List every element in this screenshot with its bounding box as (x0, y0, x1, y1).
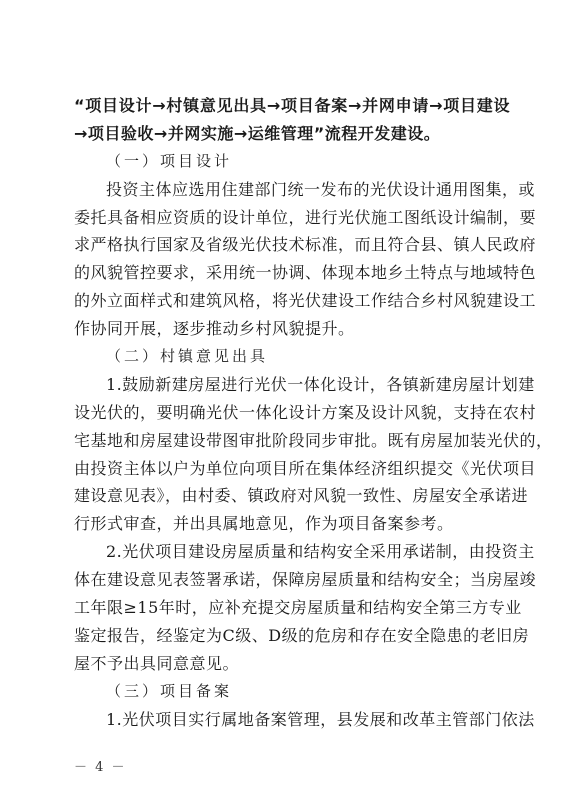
text-line: 行形式审查，并出具属地意见，作为项目备案参考。 (74, 510, 510, 538)
text-line: 由投资主体以户为单位向项目所在集体经济组织提交《光伏项目 (74, 455, 510, 483)
text-line: 屋不予出具同意意见。 (74, 650, 510, 678)
intro-paragraph: “项目设计→村镇意见出具→项目备案→并网申请→项目建设 →项目验收→并网实施→运… (74, 92, 510, 148)
text-line: 的外立面样式和建筑风格，将光伏建设工作结合乡村风貌建设工 (74, 287, 510, 315)
text-line: 建设意见表》，由村委、镇政府对风貌一致性、房屋安全承诺进 (74, 482, 510, 510)
text-line: 作协同开展，逐步推动乡村风貌提升。 (74, 315, 510, 343)
document-page: “项目设计→村镇意见出具→项目备案→并网申请→项目建设 →项目验收→并网实施→运… (74, 92, 510, 733)
section-heading: （二）村镇意见出具 (74, 343, 510, 371)
section-heading: （三）项目备案 (74, 678, 510, 706)
page-number: － 4 － (74, 756, 127, 775)
section-project-design: （一）项目设计 投资主体应选用住建部门统一发布的光伏设计通用图集，或 委托具备相… (74, 148, 510, 343)
section-village-opinion: （二）村镇意见出具 1.鼓励新建房屋进行光伏一体化设计，各镇新建房屋计划建 设光… (74, 343, 510, 678)
text-line: →项目验收→并网实施→运维管理”流程开发建设。 (74, 120, 510, 148)
text-line: 的风貌管控要求，采用统一协调、体现本地乡土特点与地域特色 (74, 259, 510, 287)
text-line: 1.鼓励新建房屋进行光伏一体化设计，各镇新建房屋计划建 (74, 371, 510, 399)
paragraph: 2.光伏项目建设房屋质量和结构安全采用承诺制，由投资主 体在建设意见表签署承诺，… (74, 538, 510, 677)
text-line: 工年限≥15年时，应补充提交房屋质量和结构安全第三方专业 (74, 594, 510, 622)
text-line: 委托具备相应资质的设计单位，进行光伏施工图纸设计编制，要 (74, 204, 510, 232)
paragraph: 1.鼓励新建房屋进行光伏一体化设计，各镇新建房屋计划建 设光伏的，要明确光伏一体… (74, 371, 510, 538)
text-line: “项目设计→村镇意见出具→项目备案→并网申请→项目建设 (74, 92, 510, 120)
text-line: 鉴定报告，经鉴定为C级、D级的危房和存在安全隐患的老旧房 (74, 622, 510, 650)
text-line: 1.光伏项目实行属地备案管理，县发展和改革主管部门依法 (74, 706, 510, 734)
section-heading: （一）项目设计 (74, 148, 510, 176)
text-line: 体在建设意见表签署承诺，保障房屋质量和结构安全；当房屋竣 (74, 566, 510, 594)
text-line: 设光伏的，要明确光伏一体化设计方案及设计风貌，支持在农村 (74, 399, 510, 427)
paragraph: 投资主体应选用住建部门统一发布的光伏设计通用图集，或 委托具备相应资质的设计单位… (74, 176, 510, 343)
text-line: 2.光伏项目建设房屋质量和结构安全采用承诺制，由投资主 (74, 538, 510, 566)
paragraph: 1.光伏项目实行属地备案管理，县发展和改革主管部门依法 (74, 706, 510, 734)
text-line: 求严格执行国家及省级光伏技术标准，而且符合县、镇人民政府 (74, 231, 510, 259)
text-line: 宅基地和房屋建设带图审批阶段同步审批。既有房屋加装光伏的， (74, 427, 510, 455)
text-line: 投资主体应选用住建部门统一发布的光伏设计通用图集，或 (74, 176, 510, 204)
section-project-filing: （三）项目备案 1.光伏项目实行属地备案管理，县发展和改革主管部门依法 (74, 678, 510, 734)
